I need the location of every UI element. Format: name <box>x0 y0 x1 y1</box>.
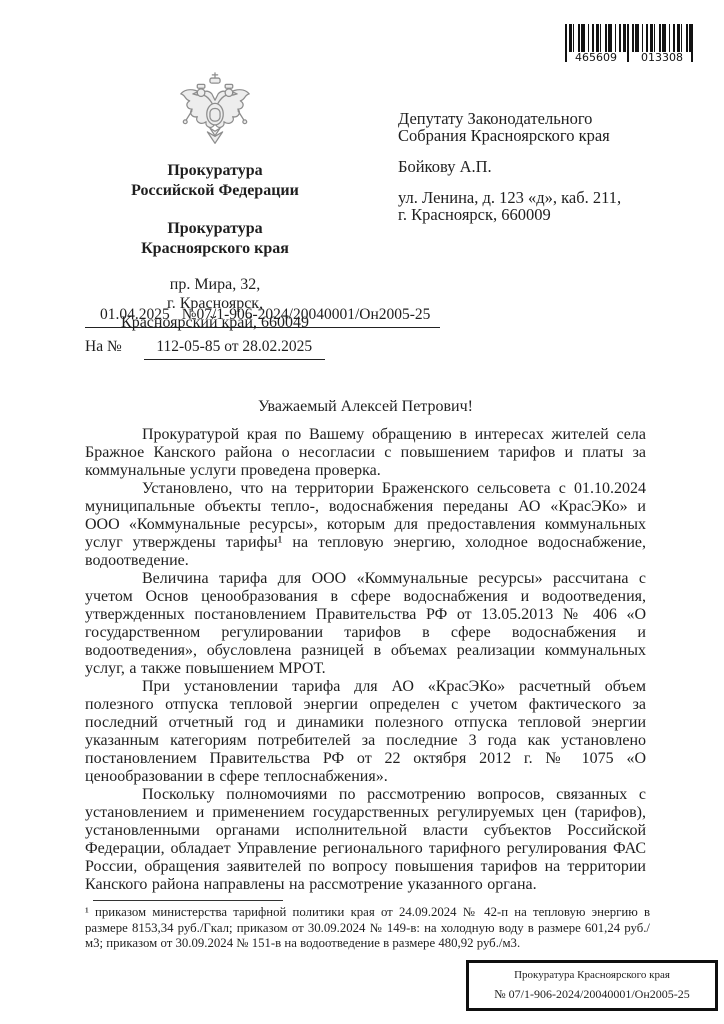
recipient-address-line2: г. Красноярск, 660009 <box>398 206 688 223</box>
stamp-number: № 07/1-906-2024/20040001/Он2005-25 <box>473 987 711 1001</box>
registration-stamp: Прокуратура Красноярского края № 07/1-90… <box>466 960 718 1011</box>
barcode-digits-left: 465609 <box>575 52 617 64</box>
org-federal: Прокуратура Российской Федерации <box>93 161 337 201</box>
footnote-text: ¹ приказом министерства тарифной политик… <box>85 905 650 952</box>
recipient-address-line1: ул. Ленина, д. 123 «д», каб. 211, <box>398 189 688 206</box>
outgoing-reference: 01.04.2025№07/1-906-2024/20040001/Он2005… <box>85 306 440 328</box>
barcode-guard-bar <box>691 24 693 62</box>
paragraph: Поскольку полномочиями по рассмотрению в… <box>85 786 646 894</box>
scanned-letter-page: 465609 013308 <box>0 0 724 1024</box>
org-federal-line1: Прокуратура <box>93 161 337 181</box>
footnote-separator <box>93 900 283 901</box>
recipient-block: Депутату Законодательного Собрания Красн… <box>398 110 688 237</box>
russian-coat-of-arms-icon <box>177 70 253 152</box>
org-regional: Прокуратура Красноярского края <box>93 219 337 259</box>
paragraph: Прокуратурой края по Вашему обращению в … <box>85 426 646 480</box>
recipient-address: ул. Ленина, д. 123 «д», каб. 211, г. Кра… <box>398 189 688 223</box>
sender-address-line1: пр. Мира, 32, <box>93 275 337 294</box>
org-regional-line1: Прокуратура <box>93 219 337 239</box>
reference-block: 01.04.2025№07/1-906-2024/20040001/Он2005… <box>85 306 505 360</box>
recipient-position: Депутату Законодательного Собрания Красн… <box>398 110 688 144</box>
incoming-number: 112-05-85 от 28.02.2025 <box>144 338 325 360</box>
footnote-block: ¹ приказом министерства тарифной политик… <box>85 900 650 952</box>
barcode-digits-right: 013308 <box>641 52 683 64</box>
barcode-bars <box>565 24 693 52</box>
barcode-guard-bar <box>565 24 567 62</box>
barcode-digits: 465609 013308 <box>565 52 693 64</box>
incoming-label: На № <box>85 338 122 355</box>
paragraph: Установлено, что на территории Браженско… <box>85 480 646 570</box>
registration-barcode: 465609 013308 <box>565 24 693 64</box>
org-regional-line2: Красноярского края <box>93 239 337 259</box>
recipient-position-line1: Депутату Законодательного <box>398 110 688 127</box>
org-federal-line2: Российской Федерации <box>93 181 337 201</box>
salutation: Уважаемый Алексей Петрович! <box>85 398 646 416</box>
letterhead: Прокуратура Российской Федерации Прокура… <box>93 70 337 332</box>
stamp-org: Прокуратура Красноярского края <box>473 969 711 982</box>
outgoing-number: №07/1-906-2024/20040001/Он2005-25 <box>182 306 431 323</box>
incoming-reference: На №112-05-85 от 28.02.2025 <box>85 338 505 360</box>
recipient-name: Бойкову А.П. <box>398 158 688 175</box>
letter-body: Прокуратурой края по Вашему обращению в … <box>85 426 646 894</box>
barcode-guard-bar <box>627 24 629 62</box>
paragraph: Величина тарифа для ООО «Коммунальные ре… <box>85 570 646 678</box>
outgoing-date: 01.04.2025 <box>100 306 170 323</box>
recipient-position-line2: Собрания Красноярского края <box>398 127 688 144</box>
paragraph: При установлении тарифа для АО «КрасЭКо»… <box>85 678 646 786</box>
